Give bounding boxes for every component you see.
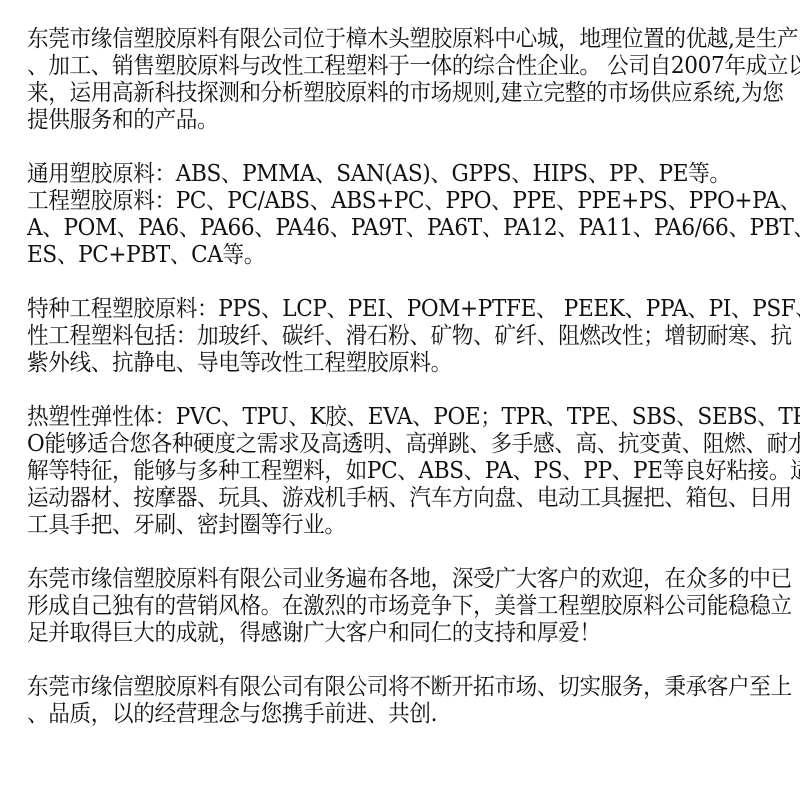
paragraph-materials: 通用塑胶原料：ABS、PMMA、SAN(AS)、GPPS、HIPS、PP、PE等… [27, 161, 757, 269]
text-line: 、加工、销售塑胶原料与改性工程塑料于一体的综合性企业。 公司自2007年成立以 [27, 53, 713, 80]
paragraph-closing: 东莞市缘信塑胶原料有限公司有限公司将不断开拓市场、切实服务，秉承客户至上 、品质… [27, 674, 757, 728]
paragraph-elastomers: 热塑性弹性体：PVC、TPU、K胶、EVA、POE；TPR、TPE、SBS、SE… [27, 404, 757, 539]
paragraph-business: 东莞市缘信塑胶原料有限公司业务遍布各地，深受广大客户的欢迎，在众多的中已 形成自… [27, 566, 757, 647]
text-line: 东莞市缘信塑胶原料有限公司业务遍布各地，深受广大客户的欢迎，在众多的中已 [27, 566, 713, 593]
text-line: 形成自己独有的营销风格。在激烈的市场竞争下，美誉工程塑胶原料公司能稳稳立 [27, 593, 713, 620]
text-line: 提供服务和的产品。 [27, 107, 713, 134]
text-line: 紫外线、抗静电、导电等改性工程塑胶原料。 [27, 350, 713, 377]
text-line: 通用塑胶原料：ABS、PMMA、SAN(AS)、GPPS、HIPS、PP、PE等… [27, 161, 713, 188]
text-line: A、POM、PA6、PA66、PA46、PA9T、PA6T、PA12、PA11、… [27, 215, 713, 242]
document-body: 东莞市缘信塑胶原料有限公司位于樟木头塑胶原料中心城，地理位置的优越,是生产 、加… [27, 26, 757, 755]
text-line: 东莞市缘信塑胶原料有限公司位于樟木头塑胶原料中心城，地理位置的优越,是生产 [27, 26, 713, 53]
text-line: 、品质，以的经营理念与您携手前进、共创. [27, 701, 713, 728]
paragraph-company-intro: 东莞市缘信塑胶原料有限公司位于樟木头塑胶原料中心城，地理位置的优越,是生产 、加… [27, 26, 757, 134]
text-line: ES、PC+PBT、CA等。 [27, 242, 713, 269]
text-line: 工程塑胶原料：PC、PC/ABS、ABS+PC、PPO、PPE、PPE+PS、P… [27, 188, 713, 215]
text-line: 性工程塑料包括：加玻纤、碳纤、滑石粉、矿物、矿纤、阻燃改性；增韧耐寒、抗 [27, 323, 713, 350]
text-line: 足并取得巨大的成就，得感谢广大客户和同仁的支持和厚爱！ [27, 620, 713, 647]
text-line: 工具手把、牙刷、密封圈等行业。 [27, 512, 713, 539]
text-line: 运动器材、按摩器、玩具、游戏机手柄、汽车方向盘、电动工具握把、箱包、日用 [27, 485, 713, 512]
text-line: 解等特征，能够与多种工程塑料，如PC、ABS、PA、PS、PP、PE等良好粘接。… [27, 458, 713, 485]
text-line: 特种工程塑胶原料：PPS、LCP、PEI、POM+PTFE、 PEEK、PPA、… [27, 296, 713, 323]
paragraph-special-plastics: 特种工程塑胶原料：PPS、LCP、PEI、POM+PTFE、 PEEK、PPA、… [27, 296, 757, 377]
text-line: 东莞市缘信塑胶原料有限公司有限公司将不断开拓市场、切实服务，秉承客户至上 [27, 674, 713, 701]
text-line: 热塑性弹性体：PVC、TPU、K胶、EVA、POE；TPR、TPE、SBS、SE… [27, 404, 713, 431]
text-line: O能够适合您各种硬度之需求及高透明、高弹跳、多手感、高、抗变黄、阻燃、耐水 [27, 431, 713, 458]
text-line: 来，运用高新科技探测和分析塑胶原料的市场规则,建立完整的市场供应系统,为您 [27, 80, 713, 107]
